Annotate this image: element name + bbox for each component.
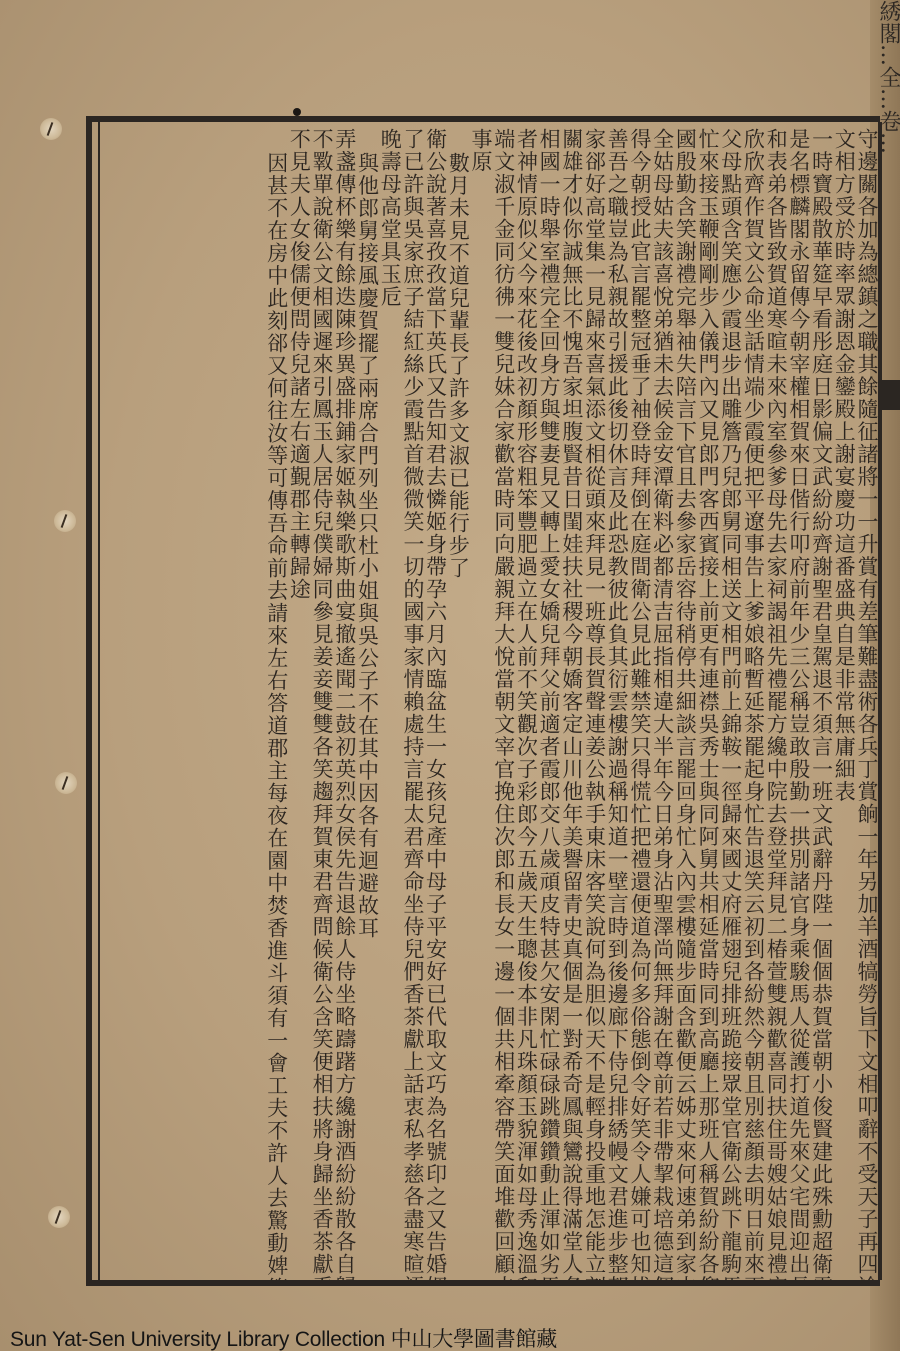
text-column: 衛公說著喜孜孜當下英氏又告知君去憐姬身帶孕六月內臨盆生一女孩兒產中母子平安好已代… [424, 124, 447, 1280]
binding-hole-icon [54, 510, 76, 532]
text-column: 弄盞傳杯樂有餘迭陳珍異盛排鋪家姬執樂歌斯曲宴撤遙聞二鼓初英烈女侯先告退餘人侍坐略… [333, 124, 356, 1280]
text-column: 相國一時舉室禮完全回身方與雙妻見又轉上愛女嬌兒拜父前適者霞郎交八歲頑皮特甚欠安閑… [537, 124, 560, 1280]
text-column: 守邊關各加為總鎮之職其餘隨征諸將一一升賞有差筆難盡術各兵丁賞餉一年另加羊酒犒勞旨… [855, 124, 878, 1280]
watermark-english: Sun Yat-Sen University Library Collectio… [10, 1328, 385, 1351]
text-column: 端文淑千金同彷彿一雙兒妹合家歡當時同向嚴親拜大悅當朝文宰官挽住次郎和長女一邊一個… [492, 124, 515, 1280]
text-column: 忙來接玉鞭剛剛步入儀門內又見郎門客西賓接上前更有連襟吳秀士與同阿舅共相延當時同到… [696, 124, 719, 1280]
text-column: 和表弟各皆致賀道寒暄未來內室參爹母先去家祠謁祖先禮罷方纔中院去登堂拜見二椿萱雙親… [764, 124, 787, 1280]
binding-hole-icon [40, 118, 62, 140]
text-column: 者神情原似父今來花後改初顏形容粗笨豐肥過立在人前不笑觀次子彩郎今五歲天生聰俊本非… [515, 124, 538, 1280]
text-column: 事原 [469, 124, 492, 1280]
text-column: 國殷勤含笑謝禮完舉袖失陪言下官且去參家岳容待稍停共細談言罷回身忙入內雲樓隨步面含… [674, 124, 697, 1280]
text-column: 欣欣齊作賀文公命坐話情端少霞便把平遼事告上爹娘略暫延茶罷起身忙告退笑云初到各紛然… [742, 124, 765, 1280]
text-body: 守邊關各加為總鎮之職其餘隨征諸將一一升賞有差筆難盡術各兵丁賞餉一年另加羊酒犒勞旨… [100, 124, 878, 1280]
text-column: 不見夫人女俊儒便問侍兒諸左右適覲郡主轉歸途 [288, 124, 311, 1280]
text-column-indented: 數月未見不道兒輩長了許多文淑已能行步了 [447, 124, 470, 1280]
text-column: 家郤好高堂集一見歸來喜氣添文相從頭來拜見一班尊長賀聲連姜公執手東床客笑說何為胆似… [583, 124, 606, 1280]
fishtail-mark [880, 380, 900, 410]
text-column-indented: 與他郎舅接風慶賀擺了兩席合門列坐只杜小姐與吳公子不在其中因各有迴避故耳 [356, 124, 379, 1280]
library-watermark: Sun Yat-Sen University Library Collectio… [10, 1323, 557, 1351]
binding-hole-icon [55, 772, 77, 794]
scanned-page: 綉閣…全…卷… 守邊關各加為總鎮之職其餘隨征諸將一一升賞有差筆難盡術各兵丁賞餉一… [0, 0, 900, 1351]
text-column: 全姑母姑夫該喜悅弟猶未去候金安潭衛料必都清吉屈指相違大半年今日弟身沾聖澤尚無拜謝… [651, 124, 674, 1280]
binding-hole-icon [48, 1206, 70, 1228]
text-column: 一時寶殿散華筵早看彤庭日影偏文武紛紛齊謝聖君皇駕退不須言一班文武辭丹陛一個個恭賀… [810, 124, 833, 1280]
text-column: 晚壽母高堂具玉卮 [379, 124, 402, 1280]
border-right-rule [880, 122, 882, 1280]
text-column: 不斁單說衛公文相國遲來引鳳玉人居侍兒僕婦同參見姜妾雙雙各笑趨拜賀東君齊問候衛公含… [310, 124, 333, 1280]
text-column: 文相方受於時率眾謝恩金鑾殿上謝宴慶功這番盛典自是非常無庸細表 [833, 124, 856, 1280]
text-column: 得今朝授此官言罷整冠垂了袖登時拜倒在庭間衛公見此難禁笑只得慌忙把禮還便道為何多俗… [628, 124, 651, 1280]
text-column: 善吾之職豈為私親故引援此後切休言及此恐教彼此負其衍雲樓謝過稱知道一壁言時到後邊廊… [606, 124, 629, 1280]
text-column-indented: 因甚不在房中此刻郤又何往汝等可傳吾命前去請來左右答道郡主每夜在園中焚香進斗須有一… [265, 124, 288, 1280]
watermark-chinese: 中山大學圖書館藏 [391, 1327, 557, 1351]
text-column: 關雄才似你誠無比不愧吾家坦腹賢昔日閨娃扶社稷今朝嬌客定山川他年美譽留青史真個是一… [560, 124, 583, 1280]
text-column: 是名標麟閣永留傳今朝宰權相賀來日偕行叩府前年少三公稱豈敢殷勤一拱別諸官身乘駿馬人… [787, 124, 810, 1280]
text-column: 了已許與吳家庶子結紅絲少霞點首微微笑一切的國事家情賴處持言罷太君齊命坐侍兒們香茶… [401, 124, 424, 1280]
ink-dot [293, 108, 301, 116]
text-column: 父母點頭含笑應少霞退步出雕簷乃兒郎舅同相送文相門前上錦鞍一徑歸來國丈府雁翅兒排班… [719, 124, 742, 1280]
